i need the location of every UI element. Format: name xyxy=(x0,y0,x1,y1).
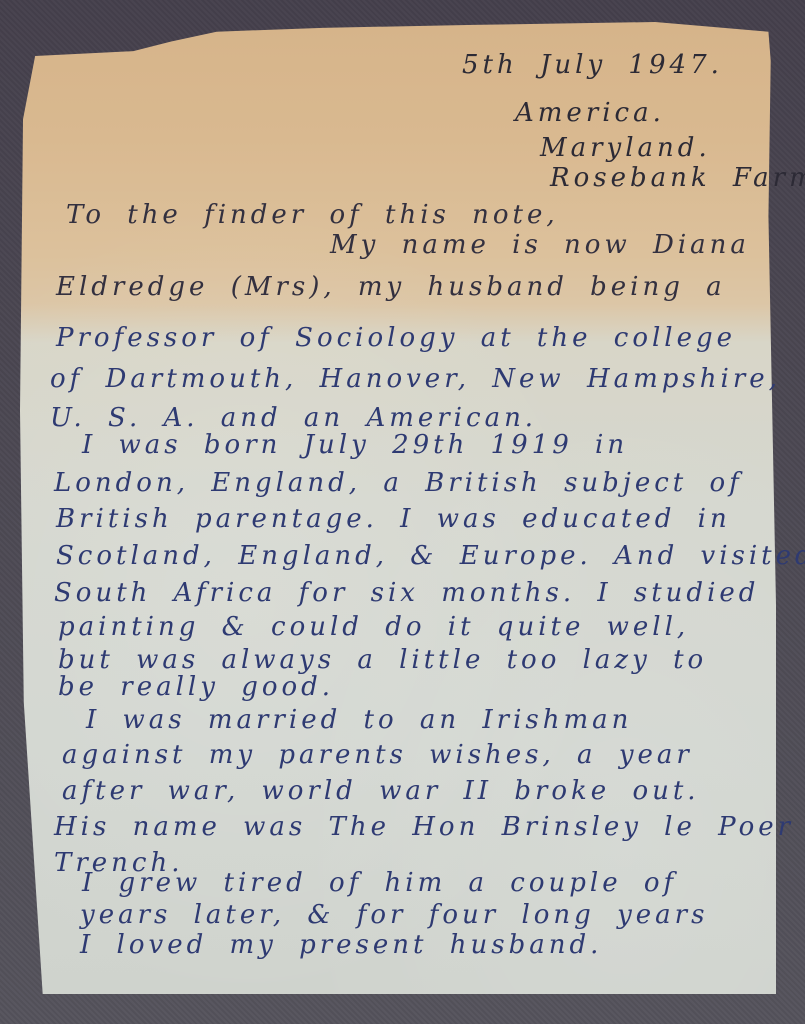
letter-line: London, England, a British subject of xyxy=(54,468,743,498)
letter-line: I was married to an Irishman xyxy=(86,705,632,735)
letter-line: after war, world war II broke out. xyxy=(62,776,700,806)
letter-line: U. S. A. and an American. xyxy=(50,403,537,433)
letter-line: Scotland, England, & Europe. And visited xyxy=(56,541,805,571)
letter-line: be really good. xyxy=(58,672,334,702)
letter-line: My name is now Diana xyxy=(330,230,750,260)
letter-line: Eldredge (Mrs), my husband being a xyxy=(56,272,726,302)
letter-line: British parentage. I was educated in xyxy=(56,504,731,534)
letter-line: years later, & for four long years xyxy=(80,900,708,930)
letter-line: South Africa for six months. I studied xyxy=(54,578,759,608)
letter-line: against my parents wishes, a year xyxy=(62,740,693,770)
letter-line: of Dartmouth, Hanover, New Hampshire, xyxy=(50,364,781,394)
letter-line: I was born July 29th 1919 in xyxy=(82,430,628,460)
letter-line: I loved my present husband. xyxy=(80,930,602,960)
letter-date: 5th July 1947. xyxy=(462,50,723,80)
letter-location-country: America. xyxy=(515,98,665,128)
letter-line: His name was The Hon Brinsley le Poer xyxy=(54,812,794,842)
letter-location-state: Maryland. xyxy=(540,133,711,163)
letter-line: I grew tired of him a couple of xyxy=(82,868,677,898)
letter-line: but was always a little too lazy to xyxy=(58,645,707,675)
letter-line: painting & could do it quite well, xyxy=(58,612,689,642)
letter-location-farm: Rosebank Farm. xyxy=(550,163,805,193)
letter-salutation: To the finder of this note, xyxy=(66,200,559,230)
letter-line: Professor of Sociology at the college xyxy=(56,323,736,353)
